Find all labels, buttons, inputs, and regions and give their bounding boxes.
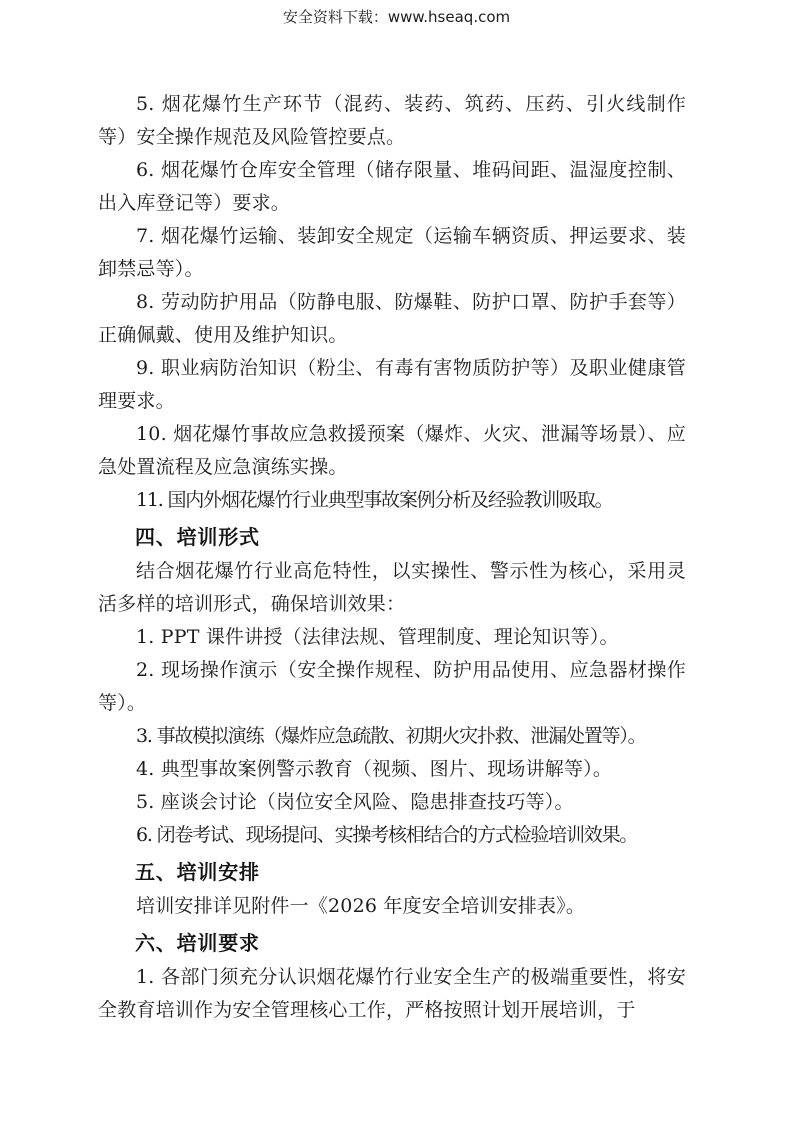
list-item: 4. 典型事故案例警示教育（视频、图片、现场讲解等）。 [98,753,686,786]
list-item: 9. 职业病防治知识（粉尘、有毒有害物质防护等）及职业健康管理要求。 [98,352,686,418]
header-download-note: 安全资料下载：www.hseaq.com [0,7,793,27]
document-body: 5. 烟花爆竹生产环节（混药、装药、筑药、压药、引火线制作等）安全操作规范及风险… [98,88,686,1027]
list-item: 2. 现场操作演示（安全操作规程、防护用品使用、应急器材操作等）。 [98,654,686,720]
list-item: 7. 烟花爆竹运输、装卸安全规定（运输车辆资质、押运要求、装卸禁忌等）。 [98,220,686,286]
document-page: 安全资料下载：www.hseaq.com 5. 烟花爆竹生产环节（混药、装药、筑… [0,0,793,1122]
section-heading: 六、培训要求 [98,927,686,960]
list-item: 5. 烟花爆竹生产环节（混药、装药、筑药、压药、引火线制作等）安全操作规范及风险… [98,88,686,154]
section-heading: 五、培训安排 [98,856,686,889]
list-item: 6. 闭卷考试、现场提问、实操考核相结合的方式检验培训效果。 [98,819,686,852]
section-heading: 四、培训形式 [98,521,686,554]
list-item: 10. 烟花爆竹事故应急救援预案（爆炸、火灾、泄漏等场景）、应急处置流程及应急演… [98,418,686,484]
list-item: 1. PPT 课件讲授（法律法规、管理制度、理论知识等）。 [98,621,686,654]
list-item: 11. 国内外烟花爆竹行业典型事故案例分析及经验教训吸取。 [98,484,686,517]
paragraph: 结合烟花爆竹行业高危特性，以实操性、警示性为核心，采用灵活多样的培训形式，确保培… [98,555,686,621]
paragraph: 培训安排详见附件一《2026 年度安全培训安排表》。 [98,890,686,923]
list-item: 8. 劳动防护用品（防静电服、防爆鞋、防护口罩、防护手套等）正确佩戴、使用及维护… [98,286,686,352]
paragraph: 1. 各部门须充分认识烟花爆竹行业安全生产的极端重要性，将安全教育培训作为安全管… [98,961,686,1027]
list-item: 5. 座谈会讨论（岗位安全风险、隐患排查技巧等）。 [98,786,686,819]
list-item: 6. 烟花爆竹仓库安全管理（储存限量、堆码间距、温湿度控制、出入库登记等）要求。 [98,154,686,220]
list-item: 3. 事故模拟演练（爆炸应急疏散、初期火灾扑救、泄漏处置等）。 [98,720,686,753]
